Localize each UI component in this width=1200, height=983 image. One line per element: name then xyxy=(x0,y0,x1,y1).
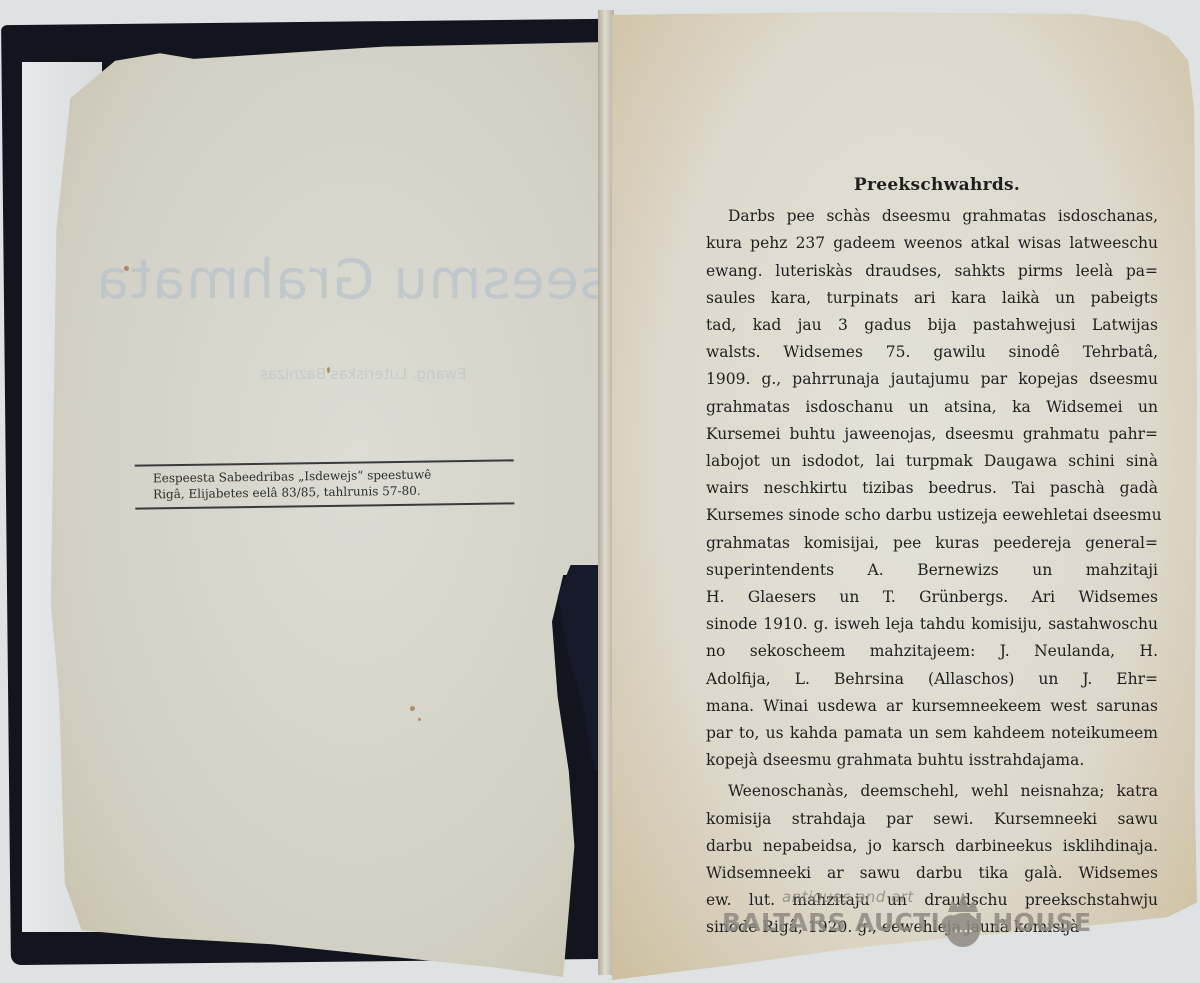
book-photo: Dseesmu Grahmata Ewang. Luteriskas Bazni… xyxy=(0,0,1200,983)
text-line: grahmatas isdoschanu un atsina, ka Widse… xyxy=(706,394,1158,421)
text-line: Kursemei buhtu jaweenojas, dseesmu grahm… xyxy=(706,421,1158,448)
text-line: 1909. g., pahrrunaja jautajumu par kopej… xyxy=(706,366,1158,393)
text-line: saules kara, turpinats ari kara laikà un… xyxy=(706,285,1158,312)
text-line: grahmatas komisijai, pee kuras peedereja… xyxy=(706,530,1158,557)
text-line: kura pehz 237 gadeem weenos atkal wisas … xyxy=(706,230,1158,257)
text-line: Weenoschanàs, deemschehl, wehl neisnahza… xyxy=(706,778,1158,805)
text-line: sinode 1910. g. isweh leja tahdu komisij… xyxy=(706,611,1158,638)
foxing-spot xyxy=(410,706,415,711)
text-line: H. Glaesers un T. Grünbergs. Ari Widseme… xyxy=(706,584,1158,611)
text-line: tad, kad jau 3 gadus bija pastahwejusi L… xyxy=(706,312,1158,339)
text-line: par to, us kahda pamata un sem kahdeem n… xyxy=(706,720,1158,747)
left-page xyxy=(48,42,608,977)
foxing-spot xyxy=(327,367,330,373)
text-line: komisija strahdaja par sewi. Kursemneeki… xyxy=(706,806,1158,833)
book-gutter xyxy=(598,10,614,975)
foxing-spot xyxy=(418,718,421,721)
text-line: Widsemneeki ar sawu darbu tika galà. Wid… xyxy=(706,860,1158,887)
show-through-title: Dseesmu Grahmata xyxy=(95,248,651,311)
foxing-spot xyxy=(124,266,129,271)
paragraph-1: Darbs pee schàs dseesmu grahmatas isdosc… xyxy=(706,203,1158,774)
watermark-tagline: antiques and art xyxy=(782,888,914,906)
show-through-subtitle: Ewang. Luteriskas Baznizas xyxy=(260,365,466,383)
text-line: labojot un isdodot, lai turpmak Daugawa … xyxy=(706,448,1158,475)
text-line: kopejà dseesmu grahmata buhtu isstrahdaj… xyxy=(706,747,1158,774)
preface-heading: Preekschwahrds. xyxy=(706,172,1158,199)
crown-orb-logo-icon xyxy=(944,890,982,950)
printer-imprint: Eespeesta Sabeedribas „Isdewejs“ speestu… xyxy=(135,459,515,509)
text-line: Kursemes sinode scho darbu ustizeja eewe… xyxy=(706,502,1158,529)
text-line: wairs neschkirtu tizibas beedrus. Tai pa… xyxy=(706,475,1158,502)
text-line: mana. Winai usdewa ar kursemneekeem west… xyxy=(706,693,1158,720)
text-line: no sekoscheem mahzitajeem: J. Neulanda, … xyxy=(706,638,1158,665)
text-line: Adolfija, L. Behrsina (Allaschos) un J. … xyxy=(706,666,1158,693)
text-line: superintendents A. Bernewizs un mahzitaj… xyxy=(706,557,1158,584)
text-line: darbu nepabeidsa, jo karsch darbineekus … xyxy=(706,833,1158,860)
watermark-name: BALTARS AUCTI●N HOUSE xyxy=(722,908,1092,937)
text-line: walsts. Widsemes 75. gawilu sinodê Tehrb… xyxy=(706,339,1158,366)
text-line: ewang. luteriskàs draudses, sahkts pirms… xyxy=(706,258,1158,285)
text-line: Darbs pee schàs dseesmu grahmatas isdosc… xyxy=(706,203,1158,230)
preface-text: Preekschwahrds. Darbs pee schàs dseesmu … xyxy=(706,172,1158,942)
